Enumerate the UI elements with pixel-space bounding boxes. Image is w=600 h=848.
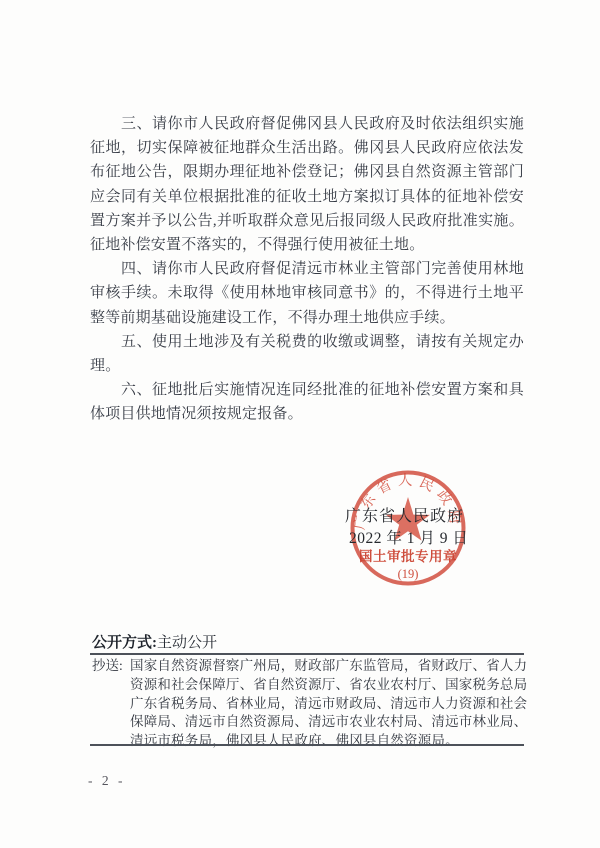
signature-date: 2022 年 1 月 9 日 (349, 526, 468, 548)
cc-line: 资源和社会保障厅、省自然资源厅、省农业农村厅、国家税务总局 (130, 676, 524, 695)
cc-lines: 国家自然资源督察广州局，财政部广东监管局，省财政厅、省人力资源和社会保障厅、省自… (130, 657, 524, 751)
body-text-line: 审核手续。未取得《使用林地审核同意书》的，不得进行土地平 (90, 281, 524, 305)
cc-line: 广东省税务局、省林业局，清远市财政局、清远市人力资源和社会 (130, 695, 524, 714)
cc-line: 国家自然资源督察广州局，财政部广东监管局，省财政厅、省人力 (130, 657, 524, 676)
cc-line: 保障局、清远市自然资源局、清远市农业农村局、清远市林业局、 (130, 713, 524, 732)
publicity-label: 公开方式: (92, 635, 157, 651)
body-text-line: 布征地公告，限期办理征地补偿登记；佛冈县自然资源主管部门 (90, 160, 524, 184)
body-text-line: 三、请你市人民政府督促佛冈县人民政府及时依法组织实施 (90, 112, 524, 136)
body-text-line: 理。 (90, 354, 524, 378)
body-text-line: 五、使用土地涉及有关税费的收缴或调整，请按有关规定办 (90, 330, 524, 354)
body-text-line: 四、请你市人民政府督促清远市林业主管部门完善使用林地 (90, 257, 524, 281)
divider-bottom (90, 744, 524, 746)
page-number: - 2 - (88, 773, 126, 789)
body-text-line: 体项目供地情况须按规定报备。 (90, 402, 524, 426)
body-text-line: 置方案并予以公告,并听取群众意见后报同级人民政府批准实施。 (90, 209, 524, 233)
signature-authority: 广东省人民政府 (345, 503, 464, 526)
cc-label: 抄送: (92, 657, 123, 676)
publicity-value: 主动公开 (157, 635, 217, 651)
body-text-line: 应会同有关单位根据批准的征收土地方案拟订具体的征地补偿安 (90, 185, 524, 209)
seal-label: 国土审批专用章 (359, 548, 457, 564)
document-page: 三、请你市人民政府督促佛冈县人民政府及时依法组织实施征地，切实保障被征地群众生活… (0, 0, 600, 848)
cc-line: 清远市税务局，佛冈县人民政府、佛冈县自然资源局。 (130, 732, 524, 751)
document-paragraphs: 三、请你市人民政府督促佛冈县人民政府及时依法组织实施征地，切实保障被征地群众生活… (90, 112, 524, 426)
divider-top (90, 653, 524, 655)
seal-number: (19) (398, 567, 419, 581)
publicity-row: 公开方式:主动公开 (92, 631, 217, 652)
body-text-line: 征地，切实保障被征地群众生活出路。佛冈县人民政府应依法发 (90, 136, 524, 160)
body-text-line: 征地补偿安置不落实的，不得强行使用被征土地。 (90, 233, 524, 257)
body-text-line: 整等前期基础设施建设工作，不得办理土地供应手续。 (90, 306, 524, 330)
body-text-line: 六、征地批后实施情况连同经批准的征地补偿安置方案和具 (90, 378, 524, 402)
